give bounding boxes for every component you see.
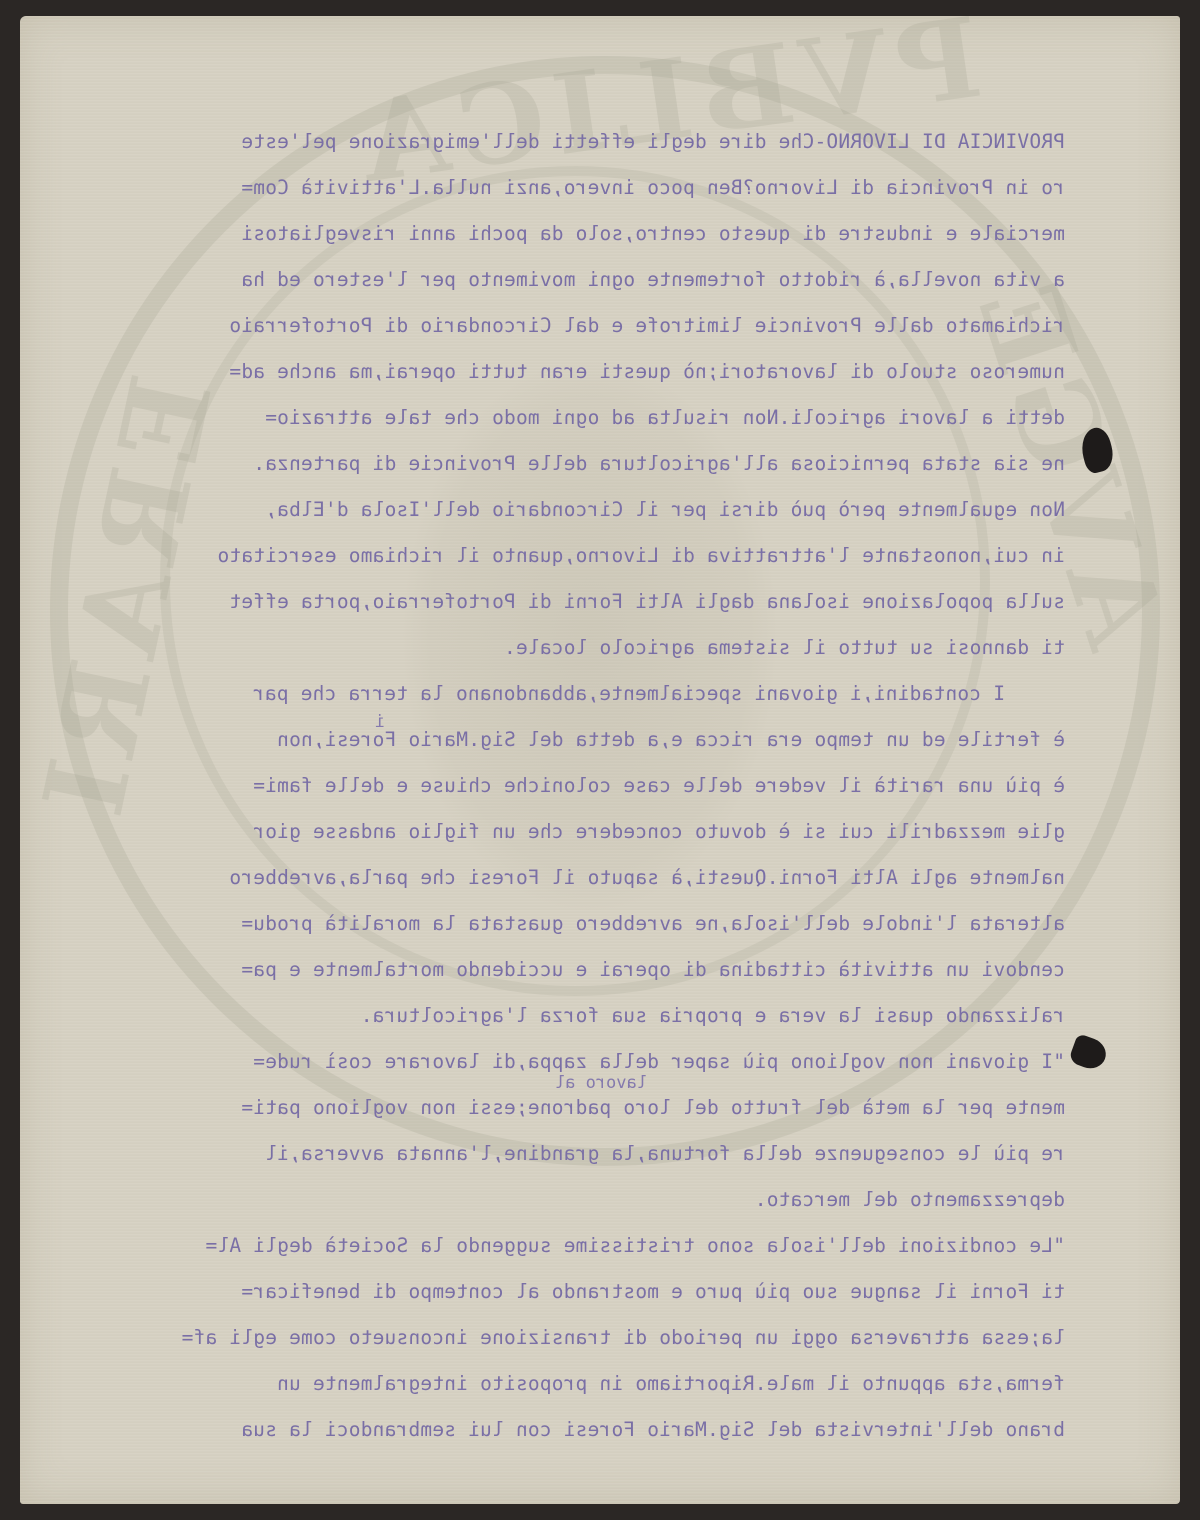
- typewritten-text-mirrored: PROVINCIA DI LIVORNO-Che dire degli effe…: [45, 132, 1065, 1466]
- text-line: re più le conseguenze della fortuna,la g…: [45, 1144, 1065, 1190]
- text-line: cendovi un attività cittadina di operai …: [45, 960, 1065, 1006]
- text-line: merciale e industre di questo centro,sol…: [45, 224, 1065, 270]
- text-line: è più una rarità il vedere delle case co…: [45, 776, 1065, 822]
- text-line: nalmente agli Alti Forni.Questi,à saputo…: [45, 868, 1065, 914]
- text-line: glie mezzadrili cui si è dovuto conceder…: [45, 822, 1065, 868]
- text-line: in cui,nonostante l'attrattiva di Livorn…: [45, 546, 1065, 592]
- text-line: ralizzando quasi la vera e propria sua f…: [45, 1006, 1065, 1052]
- text-line: ti dannosi su tutto il sistema agricolo …: [45, 638, 1065, 684]
- text-line: è fertile ed un tempo era ricca e,a dett…: [45, 730, 1065, 776]
- document-page: PVBLICA AVGE ERARI PROVINCIA DI LIVORNO-…: [20, 16, 1180, 1504]
- text-line: PROVINCIA DI LIVORNO-Che dire degli effe…: [45, 132, 1065, 178]
- text-line: ferma,sta appunto il male.Riportiamo in …: [45, 1374, 1065, 1420]
- text-line: ro in Provincia di Livorno?Ben poco inve…: [45, 178, 1065, 224]
- text-line-paragraph-start: "Le condizioni dell'isola sono tristissi…: [45, 1236, 1065, 1282]
- text-line: ti Forni il sangue suo più puro e mostra…: [45, 1282, 1065, 1328]
- text-line: mente per la metà del frutto del loro pa…: [45, 1098, 1065, 1144]
- text-line: la;essa attraversa oggi un periodo di tr…: [45, 1328, 1065, 1374]
- text-line: numeroso stuolo di lavoratori;nò questi …: [45, 362, 1065, 408]
- text-line: alterata l'indole dell'isola,ne avrebber…: [45, 914, 1065, 960]
- text-line: a vita novella,à ridotto fortemente ogni…: [45, 270, 1065, 316]
- punch-hole-icon: [1068, 1033, 1110, 1073]
- interlinear-insertion: i: [375, 712, 385, 732]
- text-line-paragraph-start: I contadini,i giovani specialmente,abban…: [45, 684, 1065, 730]
- text-line: sulla popolazione isolana dagli Alti For…: [45, 592, 1065, 638]
- text-line: brano dell'intervista del Sig.Mario Fore…: [45, 1420, 1065, 1466]
- interlinear-insertion: lavoro al: [555, 1073, 647, 1093]
- text-line: deprezzamento del mercato.: [45, 1190, 1065, 1236]
- text-line: richiamato dalle Provincie limitrofe e d…: [45, 316, 1065, 362]
- text-line: detti a lavori agricoli.Non risulta ad o…: [45, 408, 1065, 454]
- text-line: ne sia stata perniciosa all'agricoltura …: [45, 454, 1065, 500]
- text-line: Non egualmente però può dirsi per il Cir…: [45, 500, 1065, 546]
